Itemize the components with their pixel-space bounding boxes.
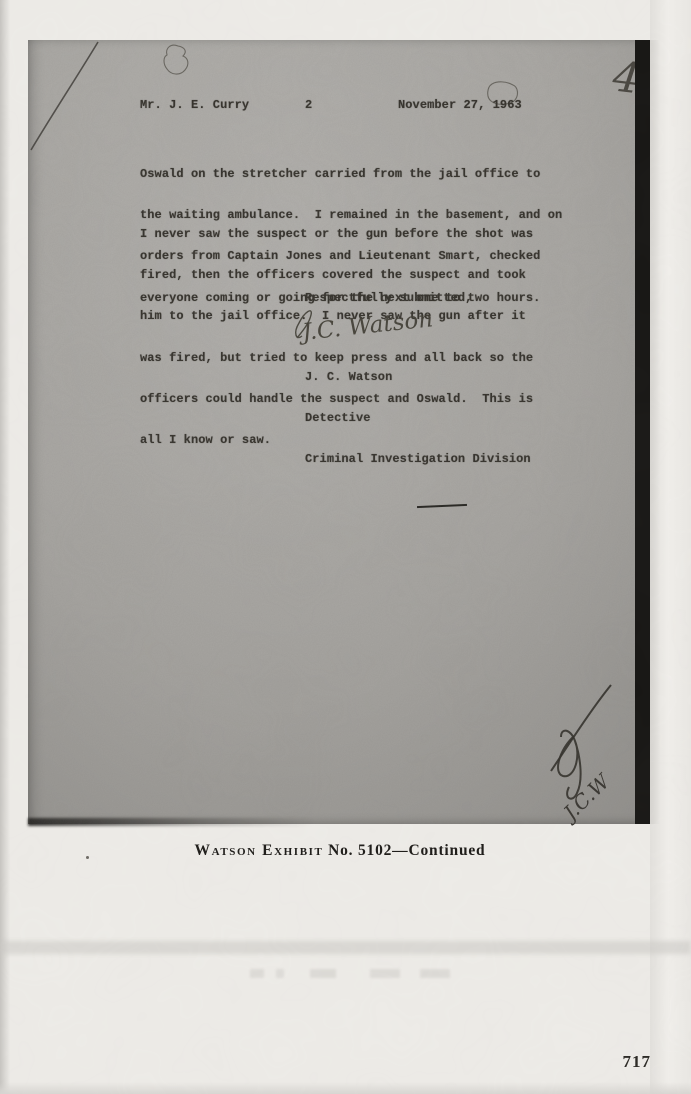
photo-right-shadow [650, 40, 660, 824]
scanned-exhibit-page: 4 Mr. J. E. Curry 2 November 27, 1963 Os… [0, 0, 691, 1094]
typed-division: Criminal Investigation Division [305, 453, 531, 466]
typed-line: I never saw the suspect or the gun befor… [140, 228, 533, 241]
typed-line: him to the jail office. I never saw the … [140, 310, 533, 323]
photo-black-border [635, 40, 650, 824]
bleed-through-band [0, 941, 691, 954]
letter-closing: Respectfully submitted, [305, 291, 472, 305]
folio-page-number: 717 [623, 1052, 652, 1072]
exhibit-caption-continuation: No. 5102—Continued [328, 842, 485, 859]
scan-edge-bottom [0, 1082, 691, 1094]
letter-recipient: Mr. J. E. Curry [140, 98, 249, 112]
exhibit-caption-title: Watson Exhibit [195, 842, 324, 859]
signature-block: J. C. Watson Detective Criminal Investig… [305, 343, 531, 494]
typed-title: Detective [305, 412, 531, 425]
typed-line: Oswald on the stretcher carried from the… [140, 168, 562, 181]
photo-bottom-edge-smudge [28, 818, 314, 826]
scan-edge-left [0, 0, 10, 1094]
typed-name: J. C. Watson [305, 371, 531, 384]
letter-sheet-number: 2 [305, 98, 312, 112]
exhibit-caption: Watson ExhibitNo. 5102—Continued [30, 842, 650, 860]
bleed-through-text-smudge [250, 969, 470, 978]
letter-date: November 27, 1963 [398, 98, 522, 112]
photostat-letter: 4 Mr. J. E. Curry 2 November 27, 1963 Os… [28, 40, 650, 824]
typed-line: fired, then the officers covered the sus… [140, 269, 533, 282]
